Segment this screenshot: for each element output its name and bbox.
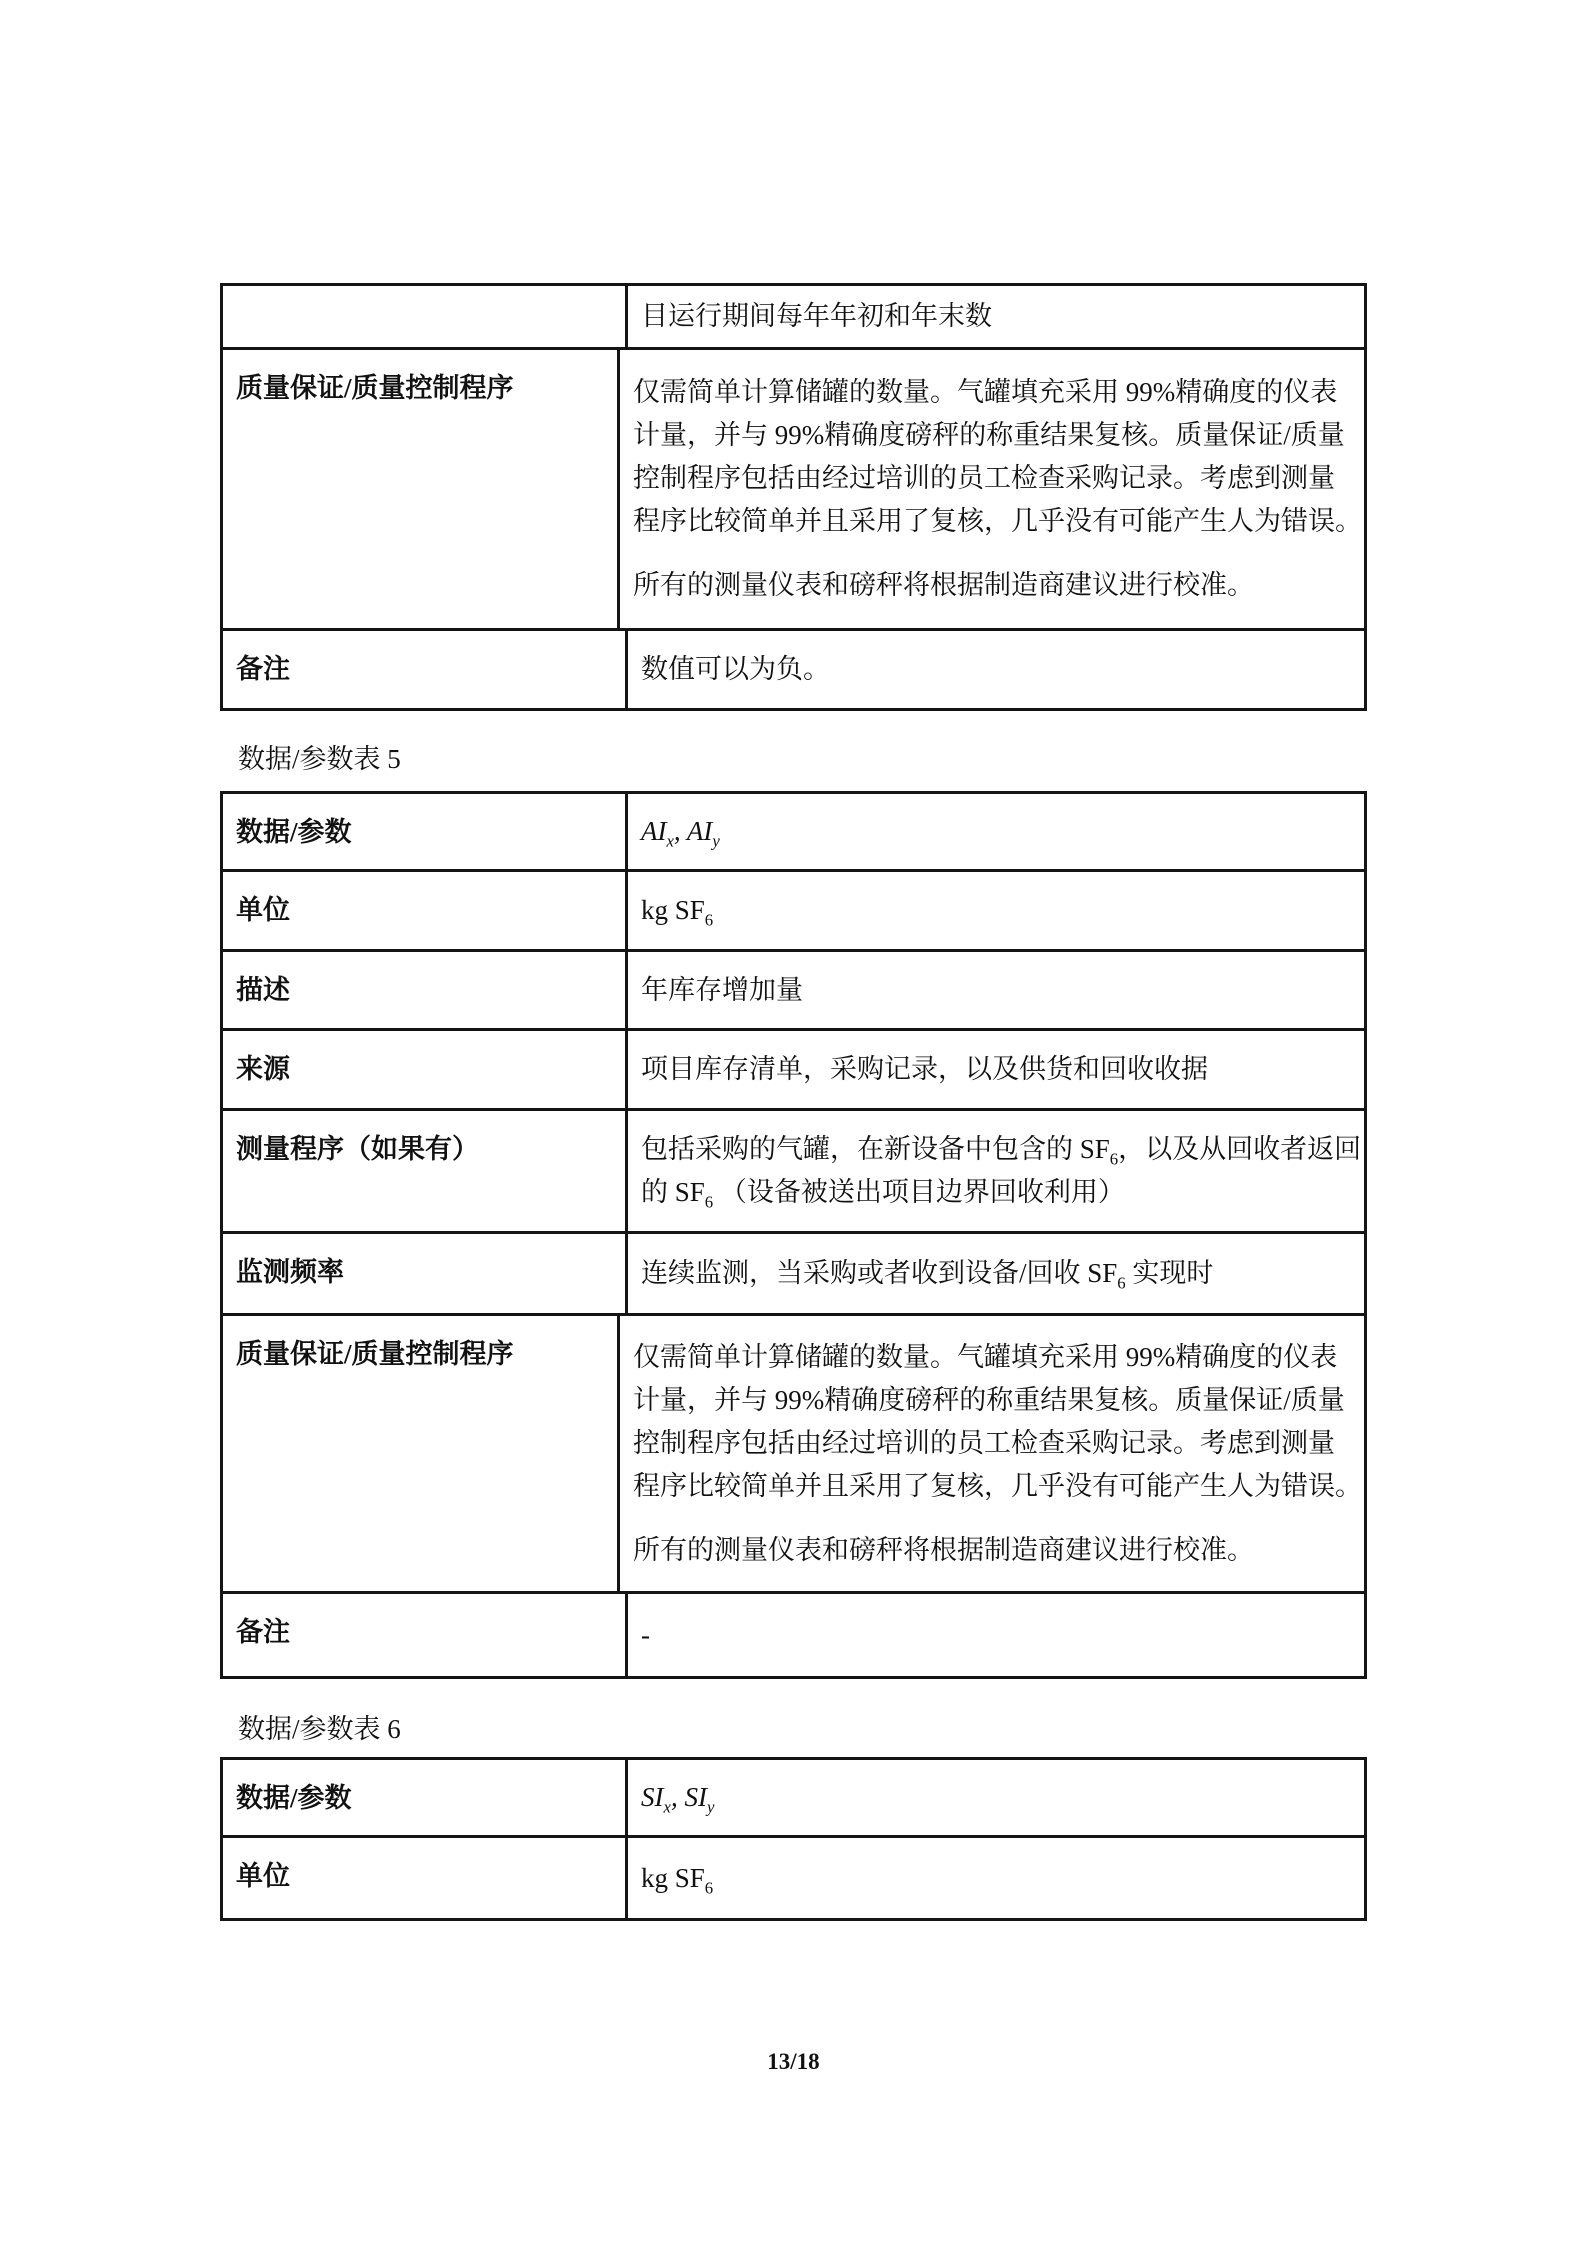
table-6: 数据/参数 SIx, SIy 单位 kg SF6 (220, 1757, 1367, 1921)
row-value: kg SF6 (628, 1838, 1364, 1918)
section-heading-table-6: 数据/参数表 6 (238, 1707, 1587, 1751)
row-label: 单位 (223, 1838, 628, 1918)
table-row-unit: 单位 kg SF6 (223, 1838, 1364, 1918)
row-label: 测量程序（如果有） (223, 1111, 628, 1231)
row-value-text: SIx, SIy (641, 1776, 1362, 1819)
row-value-text: AIx, AIy (641, 810, 1362, 853)
row-value-paragraph-1: 仅需简单计算储罐的数量。气罐填充采用 99%精确度的仪表计量，并与 99%精确度… (633, 371, 1362, 543)
row-value-paragraph-2: 所有的测量仪表和磅秤将根据制造商建议进行校准。 (633, 564, 1362, 607)
table-row-source: 来源 项目库存清单，采购记录，以及供货和回收收据 (223, 1031, 1364, 1111)
row-value: SIx, SIy (628, 1760, 1364, 1835)
row-label: 质量保证/质量控制程序 (223, 350, 620, 628)
row-label: 备注 (223, 631, 628, 708)
table-row-description: 描述 年库存增加量 (223, 952, 1364, 1031)
section-heading-table-5: 数据/参数表 5 (238, 737, 1587, 781)
table-continued: 目运行期间每年年初和年末数 质量保证/质量控制程序 仅需简单计算储罐的数量。气罐… (220, 283, 1367, 711)
row-value: 仅需简单计算储罐的数量。气罐填充采用 99%精确度的仪表计量，并与 99%精确度… (620, 1316, 1364, 1591)
table-row-parameter: 数据/参数 AIx, AIy (223, 794, 1364, 872)
row-value-text: kg SF6 (641, 889, 1362, 932)
row-label: 数据/参数 (223, 794, 628, 869)
row-value: 连续监测，当采购或者收到设备/回收 SF6 实现时 (628, 1234, 1364, 1313)
row-value: 目运行期间每年年初和年末数 (628, 286, 1364, 347)
row-value: 数值可以为负。 (628, 631, 1364, 708)
row-label: 数据/参数 (223, 1760, 628, 1835)
row-value-paragraph-2: 所有的测量仪表和磅秤将根据制造商建议进行校准。 (633, 1529, 1362, 1572)
table-row-measurement-procedure: 测量程序（如果有） 包括采购的气罐，在新设备中包含的 SF6，以及从回收者返回的… (223, 1111, 1364, 1234)
row-value: AIx, AIy (628, 794, 1364, 869)
row-value-paragraph-1: 仅需简单计算储罐的数量。气罐填充采用 99%精确度的仪表计量，并与 99%精确度… (633, 1336, 1362, 1508)
table-row-qaqc: 质量保证/质量控制程序 仅需简单计算储罐的数量。气罐填充采用 99%精确度的仪表… (223, 1316, 1364, 1594)
table-5: 数据/参数 AIx, AIy 单位 kg SF6 描述 年库存增加量 来源 项目… (220, 791, 1367, 1679)
row-value-text: 包括采购的气罐，在新设备中包含的 SF6，以及从回收者返回的 SF6 （设备被送… (641, 1128, 1362, 1214)
row-value-text: 连续监测，当采购或者收到设备/回收 SF6 实现时 (641, 1252, 1362, 1295)
table-row-monitoring-frequency-continued: 目运行期间每年年初和年末数 (223, 286, 1364, 350)
row-value: 年库存增加量 (628, 952, 1364, 1028)
table-row-unit: 单位 kg SF6 (223, 872, 1364, 952)
row-label: 监测频率 (223, 1234, 628, 1313)
row-value-text: 数值可以为负。 (641, 648, 1362, 691)
row-label: 来源 (223, 1031, 628, 1108)
table-row-monitoring-frequency: 监测频率 连续监测，当采购或者收到设备/回收 SF6 实现时 (223, 1234, 1364, 1316)
table-row-remark: 备注 - (223, 1594, 1364, 1676)
row-value: 包括采购的气罐，在新设备中包含的 SF6，以及从回收者返回的 SF6 （设备被送… (628, 1111, 1364, 1231)
document-page: 目运行期间每年年初和年末数 质量保证/质量控制程序 仅需简单计算储罐的数量。气罐… (0, 0, 1587, 2245)
row-value-text: 目运行期间每年年初和年末数 (641, 295, 1362, 338)
row-value: 仅需简单计算储罐的数量。气罐填充采用 99%精确度的仪表计量，并与 99%精确度… (620, 350, 1364, 628)
row-value-text: kg SF6 (641, 1857, 1362, 1900)
table-row-qaqc: 质量保证/质量控制程序 仅需简单计算储罐的数量。气罐填充采用 99%精确度的仪表… (223, 350, 1364, 631)
row-label: 质量保证/质量控制程序 (223, 1316, 620, 1591)
row-value: 项目库存清单，采购记录，以及供货和回收收据 (628, 1031, 1364, 1108)
row-label: 描述 (223, 952, 628, 1028)
page-number: 13/18 (0, 2049, 1587, 2075)
row-value: - (628, 1594, 1364, 1676)
table-row-remark: 备注 数值可以为负。 (223, 631, 1364, 708)
row-value-text: 年库存增加量 (641, 969, 1362, 1012)
row-label (223, 286, 628, 347)
table-row-parameter: 数据/参数 SIx, SIy (223, 1760, 1364, 1838)
row-label: 单位 (223, 872, 628, 949)
row-label: 备注 (223, 1594, 628, 1676)
row-value-text: - (641, 1614, 1362, 1657)
row-value-text: 项目库存清单，采购记录，以及供货和回收收据 (641, 1048, 1362, 1091)
row-value: kg SF6 (628, 872, 1364, 949)
